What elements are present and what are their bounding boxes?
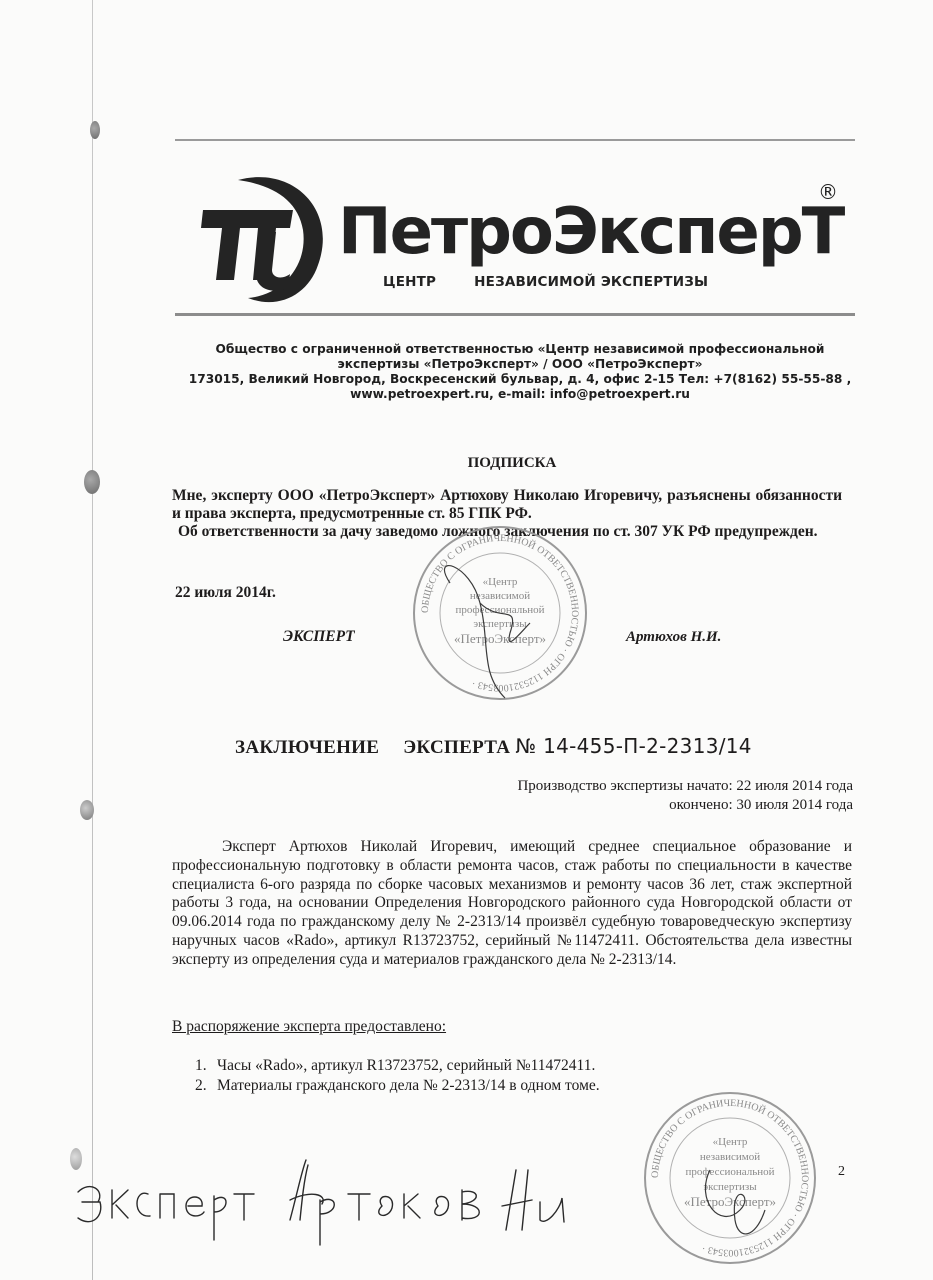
- production-started: Производство экспертизы начато: 22 июля …: [517, 777, 853, 796]
- stamp-line: «ПетроЭксперт»: [684, 1194, 776, 1209]
- page-number: 2: [838, 1164, 845, 1180]
- punch-hole: [90, 121, 100, 139]
- conclusion-title-word: ЭКСПЕРТА: [403, 737, 510, 758]
- logo-subtitle: ЦЕНТРНЕЗАВИСИМОЙ ЭКСПЕРТИЗЫ: [383, 274, 708, 290]
- company-logo: ПетроЭксперТ ЦЕНТРНЕЗАВИСИМОЙ ЭКСПЕРТИЗЫ…: [198, 170, 848, 310]
- podpiska-title: ПОДПИСКА: [0, 455, 933, 472]
- header-top-rule: [175, 139, 855, 141]
- provided-label: В распоряжение эксперта предоставлено:: [172, 1018, 446, 1036]
- logo-wordmark: ПетроЭксперТ: [338, 200, 843, 264]
- registered-mark: ®: [818, 180, 838, 204]
- org-line: Общество с ограниченной ответственностью…: [170, 342, 870, 357]
- stamp-line: «Центр: [713, 1136, 748, 1148]
- company-stamp: ОБЩЕСТВО С ОГРАНИЧЕННОЙ ОТВЕТСТВЕННОСТЬЮ…: [640, 1090, 820, 1265]
- logo-subtitle-left: ЦЕНТР: [383, 274, 436, 290]
- list-item: 2.Материалы гражданского дела № 2-2313/1…: [195, 1076, 600, 1096]
- organization-details: Общество с ограниченной ответственностью…: [170, 342, 870, 402]
- header-bottom-rule: [175, 313, 855, 316]
- stamp-line: профессиональной: [686, 1166, 775, 1178]
- podpiska-paragraph: Мне, эксперту ООО «ПетроЭксперт» Артюхов…: [172, 487, 842, 523]
- signature-text: Эксперт Артюхов НИ: [70, 1150, 79, 1151]
- stamp-line: экспертизы: [473, 618, 527, 630]
- binding-margin-line: [92, 0, 93, 1280]
- conclusion-paragraph: Эксперт Артюхов Николай Игоревич, имеющи…: [172, 838, 852, 970]
- logo-subtitle-right: НЕЗАВИСИМОЙ ЭКСПЕРТИЗЫ: [474, 274, 708, 290]
- stamp-line: независимой: [700, 1151, 760, 1163]
- punch-hole: [80, 800, 94, 820]
- org-line: экспертизы «ПетроЭксперт» / ООО «ПетроЭк…: [170, 357, 870, 372]
- stamp-line: профессиональной: [456, 604, 545, 616]
- conclusion-title-word: ЗАКЛЮЧЕНИЕ: [235, 737, 379, 758]
- production-dates: Производство экспертизы начато: 22 июля …: [517, 777, 853, 815]
- expert-label: ЭКСПЕРТ: [283, 628, 355, 646]
- conclusion-number: № 14-455-П-2-2313/14: [515, 734, 752, 758]
- provided-list: 1.Часы «Rado», артикул R13723752, серийн…: [195, 1056, 600, 1096]
- list-item: 1.Часы «Rado», артикул R13723752, серийн…: [195, 1056, 600, 1076]
- podpiska-date: 22 июля 2014г.: [175, 584, 276, 602]
- stamp-line: «ПетроЭксперт»: [454, 631, 546, 646]
- stamp-line: «Центр: [483, 576, 518, 588]
- punch-hole: [84, 470, 100, 494]
- company-stamp: ОБЩЕСТВО С ОГРАНИЧЕННОЙ ОТВЕТСТВЕННОСТЬЮ…: [410, 523, 590, 703]
- conclusion-title: ЗАКЛЮЧЕНИЕЭКСПЕРТА № 14-455-П-2-2313/14: [235, 734, 752, 759]
- org-line: 173015, Великий Новгород, Воскресенский …: [170, 372, 870, 387]
- conclusion-body: Эксперт Артюхов Николай Игоревич, имеющи…: [172, 838, 852, 970]
- expert-name: Артюхов Н.И.: [626, 629, 721, 646]
- logo-mark-icon: [198, 170, 338, 310]
- stamp-line: экспертизы: [703, 1181, 757, 1193]
- handwritten-signature: Эксперт Артюхов НИ: [70, 1150, 590, 1260]
- org-line: www.petroexpert.ru, e-mail: info@petroex…: [170, 387, 870, 402]
- production-finished: окончено: 30 июля 2014 года: [517, 796, 853, 815]
